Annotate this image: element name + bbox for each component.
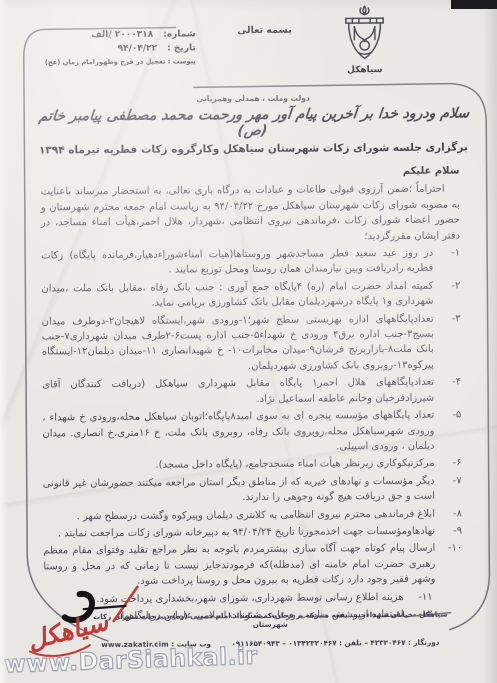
date-label: تاریخ : [167,43,196,53]
date-row: تاریخ : ۹۴/۰۴/۲۲ [28,43,196,54]
attachment-note: پیوست : تعجیل در فرج وظهورامام زمان (عج) [28,57,196,66]
number-label: شماره: [163,29,195,39]
item-text: نهادهاومؤسسات جهت اخذمجوزتا تاریخ ۹۴/۰۴/… [43,524,435,542]
list-item: ۶-مرکزنیکوکاری زیرنظر هیأت امناء مسجدجام… [43,456,462,474]
intro-paragraph: احتراماً ؛ضمن آرزوی قبولی طاعات و عبادات… [41,182,460,247]
date-value: ۹۴/۰۴/۲۲ [118,44,158,54]
greeting: سلام علیکم [41,164,460,182]
letter-body: سلام علیکم احتراماً ؛ضمن آرزوی قبولی طاع… [41,164,463,625]
list-item: ۸-ابلاغ فرماندهی محترم نیروی انتظامی به … [43,506,462,524]
item-text: ابلاغ فرماندهی محترم نیروی انتظامی به کل… [43,506,435,524]
item-number: ۱۱- [408,589,432,605]
reference-block: شماره: ۲۰۰۰۳۱۸ /الف تاریخ : ۹۴/۰۴/۲۲ پیو… [28,29,196,66]
item-number: ۵- [439,408,461,454]
item-text: مرکزنیکوکاری زیرنظر هیأت امناء مسجدجامع،… [43,456,435,474]
item-number: ۶- [440,456,462,472]
letter-content: سیاهکل بسمه تعالی شماره: ۲۰۰۰۳۱۸ /الف تا… [0,0,497,683]
emblem-icon [336,4,392,64]
number-row: شماره: ۲۰۰۰۳۱۸ /الف [28,29,196,40]
list-item: ۷-دیگر مؤسسات و نهادهای خیریه که از مناط… [43,473,462,507]
footer-address: سیاهکل –خیابان شهداءجنب بقعه متبرکه بر ف… [90,610,451,631]
org-name: سیاهکل [332,65,398,75]
scan-edge-left [0,0,8,683]
list-item: ۱-در روز عید سعید فطر مساجدشهر وروستاها(… [41,246,460,280]
item-number: ۱- [438,246,460,277]
number-value: ۲۰۰۰۳۱۸ /الف [91,30,153,40]
list-item: ۳-تعدادپایگاههای اداره بهزیستی سطح شهر؛۱… [42,311,461,376]
item-number: ۹- [440,523,462,539]
list-item: ۱۰-ارسال پیام کوتاه جهت آگاه سازی بیشترم… [43,541,462,590]
scanned-letter-page: سیاهکل بسمه تعالی شماره: ۲۰۰۰۳۱۸ /الف تا… [0,0,497,683]
item-number: ۴- [439,375,461,406]
item-text: دیگر مؤسسات و نهادهای خیریه که از مناطق … [43,473,435,507]
item-number: ۱۰- [440,541,462,587]
item-text: در روز عید سعید فطر مساجدشهر وروستاها(هی… [41,246,433,280]
item-number: ۲- [438,278,460,309]
item-text: تعدادپایگاههای هلال احمر۱ پایگاه مقابل ش… [42,375,434,409]
bismillah: بسمه تعالی [210,24,320,36]
list-item: ۲-کمیته امداد حضرت امام (ره) ۴پایگاه جمع… [41,278,460,312]
list-item: ۵-تعداد پایگاههای مؤسسه پنجره ای به سوی … [42,408,461,457]
salutation-calligraphy: سلام ودرود خدا بر آخرین پیام آور مهر ورح… [27,105,480,140]
scan-artifact-bar [451,0,497,9]
item-number: ۳- [439,311,461,373]
item-number: ۸- [440,506,462,522]
municipality-emblem: سیاهکل [331,4,397,75]
item-text: ارسال پیام کوتاه جهت آگاه سازی بیشترمردم… [43,541,435,590]
list-item: ۴-تعدادپایگاههای هلال احمر۱ پایگاه مقابل… [42,375,461,409]
list-item: ۹-نهادهاومؤسسات جهت اخذمجوزتا تاریخ ۹۴/۰… [43,523,462,541]
item-text: تعدادپایگاههای اداره بهزیستی سطح شهر؛۱-و… [42,311,434,375]
item-text: کمیته امداد حضرت امام (ره) ۴پایگاه جمع آ… [41,279,433,313]
item-number: ۷- [440,473,462,504]
item-text: تعداد پایگاههای مؤسسه پنجره ای به سوی ام… [42,408,434,457]
footer-phone-fax: دورنگار : ۴۲۳۲۰۴۶۷ – تلفن : ۰۱۳۴۲۳۲۰۴۶۷ … [231,638,439,648]
